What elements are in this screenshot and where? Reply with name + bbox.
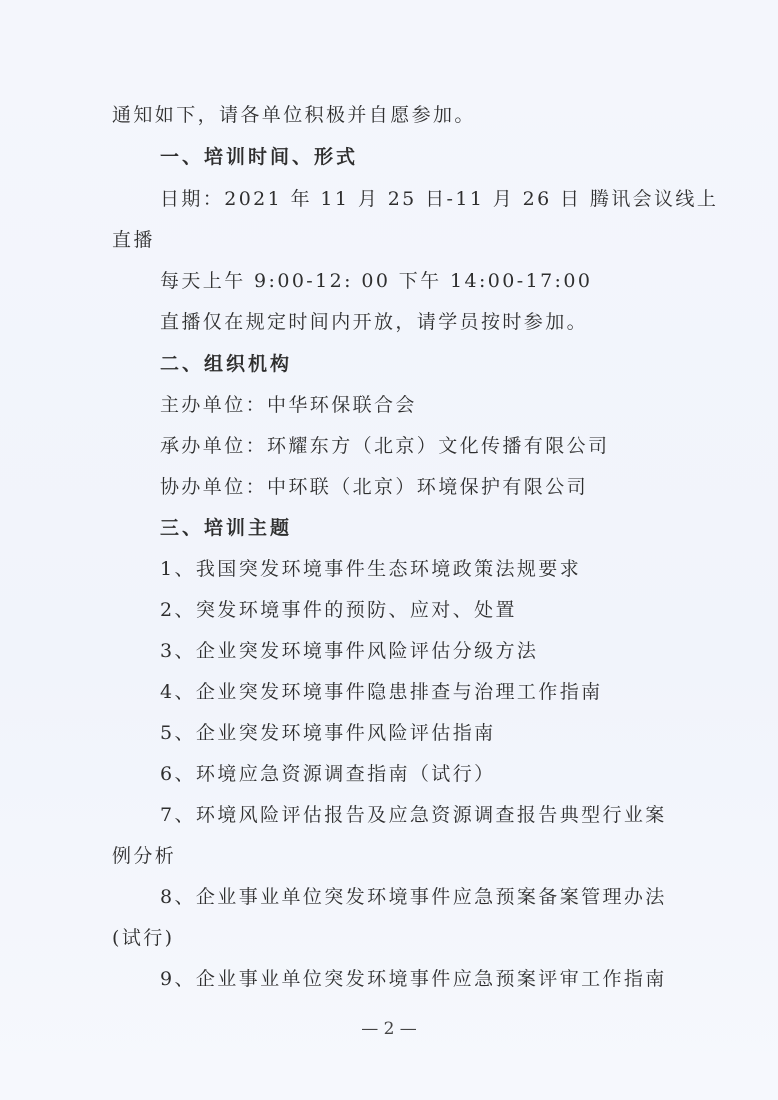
co-organizer: 协办单位：中环联（北京）环境保护有限公司 <box>160 474 720 500</box>
date-line: 日期：2021 年 11 月 25 日-11 月 26 日 腾讯会议线上 <box>160 186 720 212</box>
section-heading-organization: 二、组织机构 <box>160 351 720 377</box>
document-page: 通知如下，请各单位积极并自愿参加。 一、培训时间、形式 日期：2021 年 11… <box>0 0 778 1100</box>
topic-item-8: 8、企业事业单位突发环境事件应急预案备案管理办法 <box>160 884 720 910</box>
topic-item-8-continuation: (试行) <box>112 925 672 951</box>
topic-item-6: 6、环境应急资源调查指南（试行） <box>160 761 720 787</box>
section-heading-topics: 三、培训主题 <box>160 515 720 541</box>
topic-item-4: 4、企业突发环境事件隐患排查与治理工作指南 <box>160 679 720 705</box>
livestream-note: 直播仅在规定时间内开放，请学员按时参加。 <box>160 309 720 335</box>
topic-item-2: 2、突发环境事件的预防、应对、处置 <box>160 597 720 623</box>
undertaking-organizer: 承办单位：环耀东方（北京）文化传播有限公司 <box>160 433 720 459</box>
section-heading-training-time: 一、培训时间、形式 <box>160 144 720 170</box>
topic-item-9: 9、企业事业单位突发环境事件应急预案评审工作指南 <box>160 966 720 992</box>
topic-item-1: 1、我国突发环境事件生态环境政策法规要求 <box>160 556 720 582</box>
page-number: — 2 — <box>0 1019 778 1039</box>
topic-item-7-continuation: 例分析 <box>112 843 672 869</box>
host-organizer: 主办单位：中华环保联合会 <box>160 392 720 418</box>
date-line-continuation: 直播 <box>112 227 672 253</box>
topic-item-3: 3、企业突发环境事件风险评估分级方法 <box>160 638 720 664</box>
body-text-line: 通知如下，请各单位积极并自愿参加。 <box>112 102 672 128</box>
schedule-line: 每天上午 9:00-12: 00 下午 14:00-17:00 <box>160 268 720 294</box>
topic-item-5: 5、企业突发环境事件风险评估指南 <box>160 720 720 746</box>
topic-item-7: 7、环境风险评估报告及应急资源调查报告典型行业案 <box>160 802 720 828</box>
